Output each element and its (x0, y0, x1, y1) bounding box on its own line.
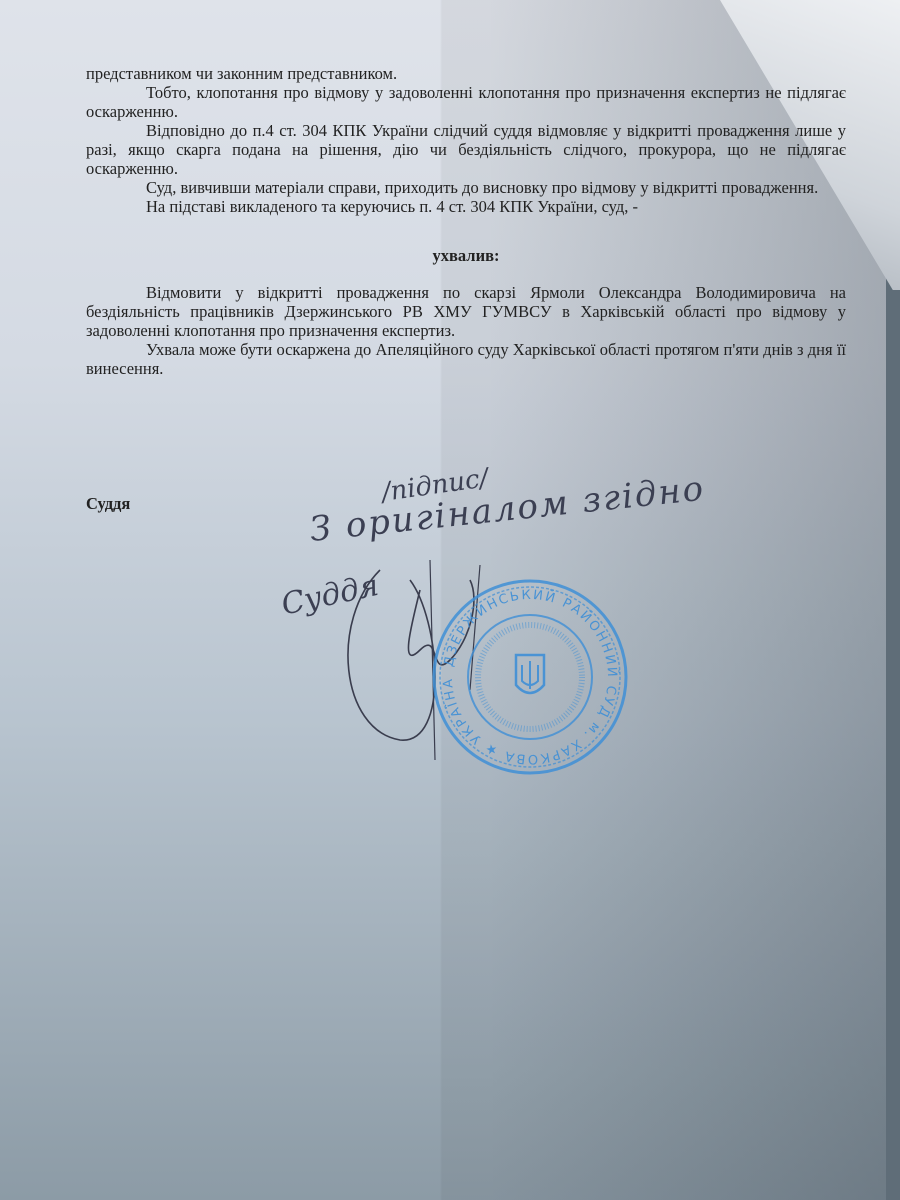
paragraph-2: Відповідно до п.4 ст. 304 КПК України сл… (86, 121, 846, 178)
ruling-paragraph-0: Відмовити у відкритті провадження по ска… (86, 283, 846, 340)
paragraph-1: Тобто, клопотання про відмову у задоволе… (86, 83, 846, 121)
paragraph-0: представником чи законним представником. (86, 64, 846, 83)
document-body: представником чи законним представником.… (86, 64, 846, 378)
ruling-title: ухвалив: (86, 246, 846, 265)
paragraph-3: Суд, вивчивши матеріали справи, приходит… (86, 178, 846, 197)
ruling-paragraph-1: Ухвала може бути оскаржена до Апеляційно… (86, 340, 846, 378)
court-seal-icon: ДЗЕРЖИНСЬКИЙ РАЙОННИЙ СУД м. ХАРКОВА ★ У… (430, 577, 630, 777)
judge-label: Суддя (86, 494, 130, 514)
paragraph-4: На підставі викладеного та керуючись п. … (86, 197, 846, 216)
